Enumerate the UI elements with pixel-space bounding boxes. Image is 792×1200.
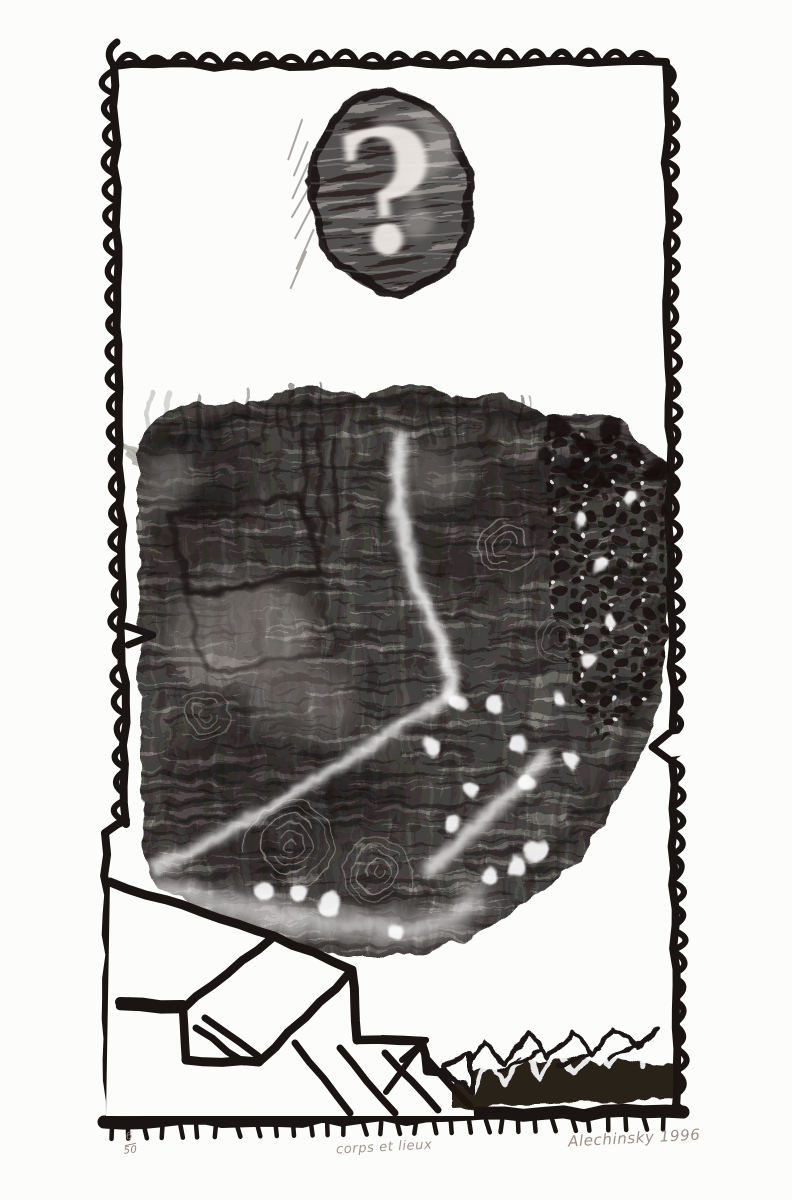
ink-mark bbox=[675, 834, 682, 853]
ink-mark bbox=[352, 970, 357, 1040]
ink-mark bbox=[469, 1121, 471, 1133]
ink-mark bbox=[276, 1124, 277, 1136]
ink-mark bbox=[144, 1126, 147, 1138]
ink-mark bbox=[670, 306, 676, 326]
scribble-band bbox=[443, 1028, 672, 1108]
white-dot bbox=[507, 735, 527, 755]
ink-mark bbox=[114, 691, 122, 713]
ink-mark bbox=[106, 234, 115, 255]
artwork-canvas: ? ? bbox=[0, 0, 792, 1200]
ink-mark bbox=[626, 1118, 627, 1130]
ink-mark bbox=[309, 53, 329, 63]
ink-mark bbox=[293, 1124, 294, 1136]
ink-mark bbox=[670, 284, 676, 302]
question-mark-motif: ? ? bbox=[288, 72, 481, 301]
edition-number: 6 50 bbox=[118, 1131, 142, 1157]
ink-mark bbox=[105, 180, 115, 201]
white-dot bbox=[582, 652, 598, 668]
ink-mark bbox=[382, 1038, 426, 1040]
ink-mark bbox=[443, 53, 465, 62]
white-dot bbox=[594, 559, 606, 571]
dark-clump bbox=[548, 418, 572, 442]
ink-mark bbox=[588, 1119, 590, 1131]
dark-clump bbox=[537, 447, 553, 463]
sketch-hatch bbox=[297, 230, 314, 269]
white-dot bbox=[444, 815, 460, 831]
ink-mark bbox=[672, 522, 680, 541]
ink-mark bbox=[105, 125, 113, 146]
ink-mark bbox=[672, 498, 677, 517]
white-dot bbox=[553, 693, 567, 707]
ink-mark bbox=[676, 1106, 683, 1112]
white-dot bbox=[487, 695, 507, 715]
ink-mark bbox=[414, 1122, 416, 1134]
white-dot bbox=[463, 783, 477, 797]
white-dot bbox=[623, 493, 637, 507]
ink-mark bbox=[303, 425, 306, 520]
ink-mark bbox=[311, 1123, 313, 1135]
ink-mark bbox=[361, 55, 382, 62]
ink-mark bbox=[486, 1120, 490, 1132]
dark-clump bbox=[566, 461, 584, 479]
ink-mark bbox=[535, 1120, 536, 1132]
ink-mark bbox=[498, 51, 518, 61]
ink-mark bbox=[501, 1120, 503, 1132]
question-mark-glyph: ? bbox=[328, 89, 448, 298]
sketch-hatch bbox=[291, 252, 306, 288]
white-dot bbox=[481, 866, 499, 884]
sketch-hatch bbox=[292, 186, 310, 217]
dark-clump bbox=[592, 474, 608, 490]
ink-mark bbox=[215, 1125, 216, 1137]
white-dot bbox=[391, 922, 407, 938]
edition-numerator: 6 bbox=[125, 1131, 133, 1143]
ink-mark bbox=[186, 1060, 259, 1062]
ink-mark bbox=[196, 1125, 197, 1137]
ink-mark bbox=[181, 1126, 183, 1138]
ink-mark bbox=[280, 57, 301, 63]
white-dot bbox=[574, 514, 586, 526]
white-dot bbox=[519, 772, 535, 788]
white-dot bbox=[319, 894, 341, 916]
ink-mark bbox=[162, 1126, 163, 1138]
white-dot bbox=[564, 754, 580, 770]
ink-mark bbox=[380, 1122, 381, 1134]
white-dot bbox=[253, 883, 273, 903]
white-dot bbox=[291, 884, 309, 902]
light-patch bbox=[140, 450, 190, 510]
dark-clump bbox=[645, 460, 665, 480]
white-dot bbox=[423, 738, 437, 752]
white-dot bbox=[508, 855, 528, 875]
sketch-hatch bbox=[295, 208, 311, 238]
ink-mark bbox=[552, 1119, 556, 1131]
ink-mark bbox=[397, 1122, 400, 1134]
white-dot bbox=[605, 613, 619, 627]
ink-mark bbox=[183, 1009, 186, 1060]
ink-mark bbox=[671, 331, 679, 349]
white-dot bbox=[525, 838, 549, 862]
corner-scribble bbox=[443, 1028, 672, 1108]
dark-clump bbox=[626, 441, 644, 459]
dark-clump bbox=[599, 419, 621, 441]
ink-mark bbox=[333, 438, 336, 528]
ink-mark bbox=[199, 55, 220, 64]
ink-mark bbox=[434, 1121, 437, 1133]
terrain-frottage bbox=[116, 384, 671, 957]
dark-clump bbox=[575, 435, 595, 455]
sketch-hatch bbox=[288, 120, 302, 159]
light-patch bbox=[250, 660, 350, 740]
white-dot bbox=[452, 692, 468, 708]
ink-mark bbox=[257, 1124, 260, 1136]
ink-mark bbox=[451, 1121, 452, 1133]
ink-mark bbox=[112, 1127, 113, 1139]
lithograph-print: ? ? 6 50 corps et lieux Alechinsky 1996 bbox=[0, 0, 792, 1200]
ink-mark bbox=[671, 404, 680, 422]
ink-mark bbox=[120, 1006, 183, 1009]
ink-mark bbox=[363, 1123, 367, 1135]
ink-mark bbox=[102, 71, 113, 93]
